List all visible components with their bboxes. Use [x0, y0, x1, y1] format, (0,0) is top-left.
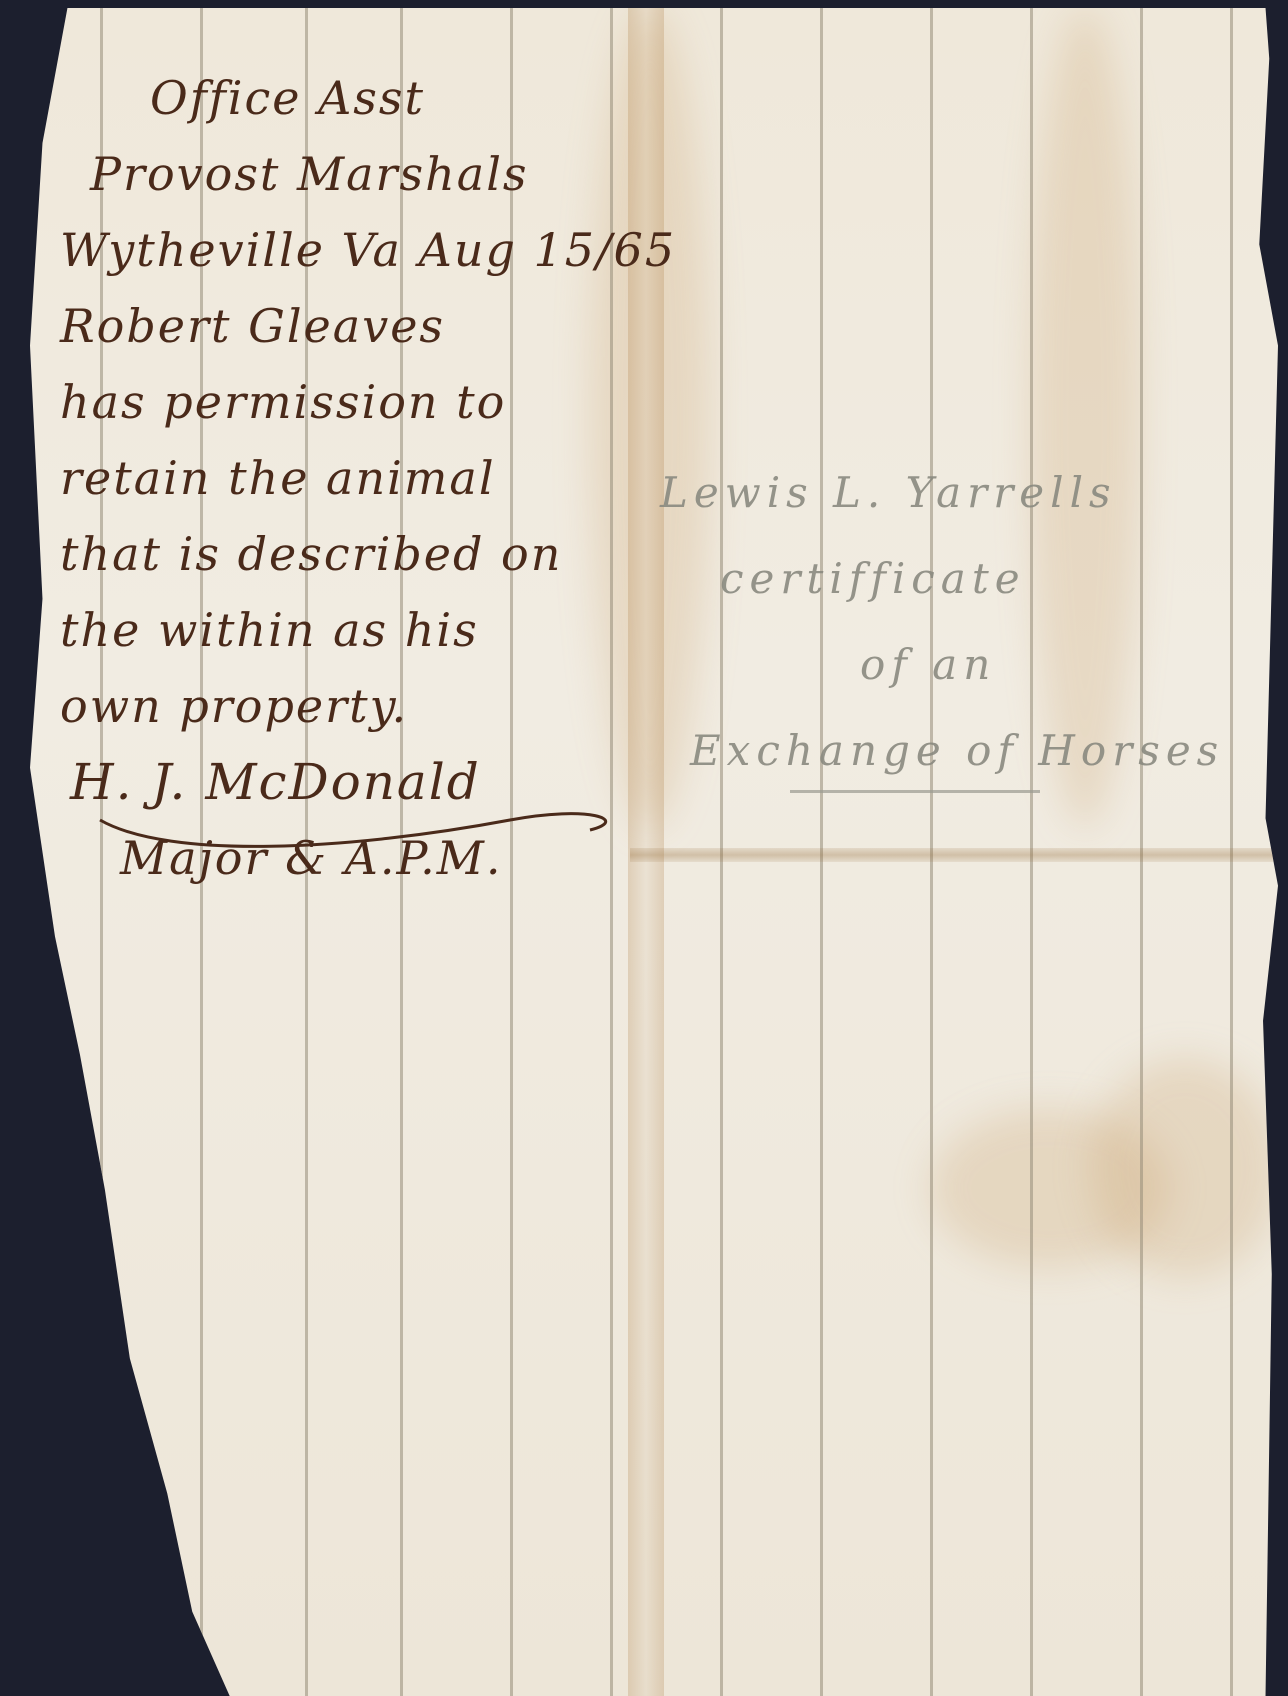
- docket-note: Lewis L. Yarrells certifficate of an Exc…: [660, 450, 1240, 794]
- docket-line: of an: [660, 622, 1240, 708]
- heading-provost: Provost Marshals: [60, 136, 620, 212]
- body-line: has permission to: [60, 364, 620, 440]
- docket-line: Lewis L. Yarrells: [660, 450, 1240, 536]
- body-line: that is described on: [60, 516, 620, 592]
- horizontal-fold: [630, 848, 1278, 862]
- docket-line: Exchange of Horses: [660, 708, 1240, 794]
- body-line: the within as his: [60, 592, 620, 668]
- stain: [1090, 1058, 1280, 1278]
- signature-flourish: [90, 790, 630, 850]
- heading-office: Office Asst: [60, 60, 620, 136]
- body-line: Robert Gleaves: [60, 288, 620, 364]
- docket-underline: [790, 790, 1040, 793]
- docket-line: certifficate: [660, 536, 1240, 622]
- provost-pass-text: Office Asst Provost Marshals Wytheville …: [60, 60, 620, 896]
- body-line: own property.: [60, 668, 620, 744]
- place-date: Wytheville Va Aug 15/65: [60, 212, 620, 288]
- body-line: retain the animal: [60, 440, 620, 516]
